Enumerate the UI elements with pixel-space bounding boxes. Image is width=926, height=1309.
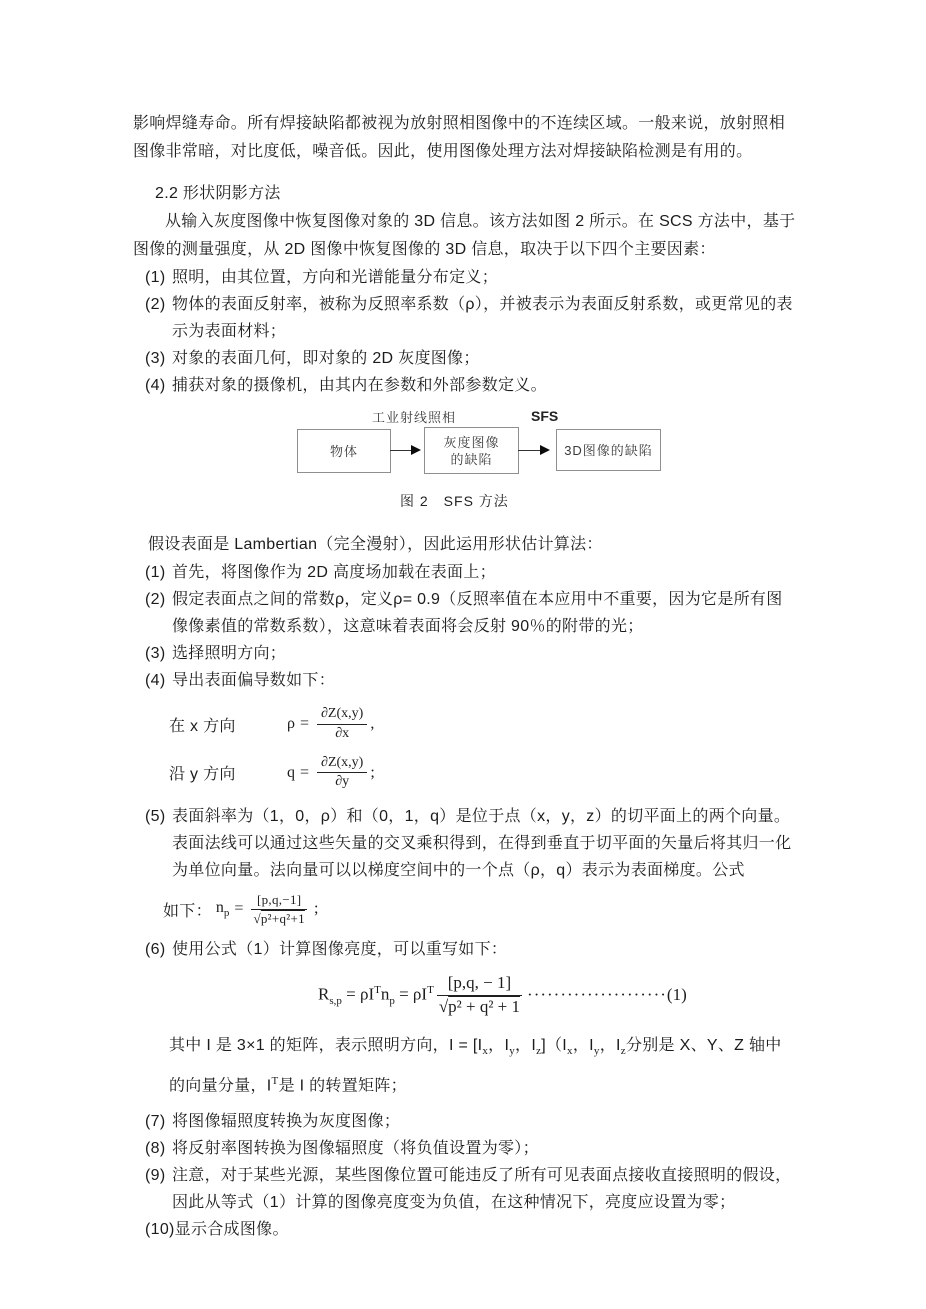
list-item-step-4: (4) 导出表面偏导数如下： [145,667,797,694]
formula-tail: ; [370,764,374,782]
fraction-denominator: √p² + q² + 1 [437,996,522,1017]
equation-lhs: Rs,p = ρITnp = ρIT [318,984,434,1007]
sfs-flow-diagram: 工业射线照相 SFS 物体 灰度图像 的缺陷 3D图像的缺陷 图 2 SFS 方… [133,407,797,511]
dotted-leader: ····················· [527,985,667,1005]
section-intro-paragraph: 从输入灰度图像中恢复图像对象的 3D 信息。该方法如图 2 所示。在 SCS 方… [133,208,797,264]
list-item-step-2: (2) 假定表面点之间的常数ρ，定义ρ= 0.9（反照率值在本应用中不重要，因为… [145,586,797,640]
list-text: 使用公式（1）计算图像亮度，可以重写如下： [172,936,797,963]
equation-number: (1) [667,985,687,1005]
diagram-box-3d-image: 3D图像的缺陷 [556,429,661,471]
section-heading: 2.2 形状阴影方法 [133,180,797,208]
list-item-step-8: (8) 将反射率图转换为图像辐照度（将负值设置为零）； [145,1135,797,1162]
equation-1: Rs,p = ρITnp = ρIT [p,q, − 1] √p² + q² +… [318,973,797,1017]
intro-paragraph: 影响焊缝寿命。所有焊接缺陷都被视为放射照相图像中的不连续区域。一般来说，放射照相… [133,110,797,166]
fraction: ∂Z(x,y) ∂y [317,755,367,792]
list-text: 首先，将图像作为 2D 高度场加载在表面上； [172,559,797,586]
formula-derivative-x: 在 x 方向 ρ = ∂Z(x,y) ∂x , [169,706,797,743]
algorithm-step-list-6: (6) 使用公式（1）计算图像亮度，可以重写如下： [133,936,797,963]
list-item-factor-2: (2) 物体的表面反射率，被称为反照率系数（ρ），并被表示为表面反射系数，或更常… [145,291,797,345]
list-number: (1) [145,559,172,586]
formula-label: 沿 y 方向 [169,761,287,784]
list-item-step-10: (10) 显示合成图像。 [145,1216,797,1243]
formula-lhs: q [287,764,295,782]
list-number: (2) [145,586,172,640]
list-number: (5) [145,803,172,884]
diagram-arrow1-label: 工业射线照相 [372,407,456,426]
equals-sign: = [234,900,243,918]
equals-sign: = [300,764,309,782]
fraction: ∂Z(x,y) ∂x [317,706,367,743]
formula-lhs: ρ [287,715,295,733]
list-number: (4) [145,667,172,694]
list-item-factor-1: (1) 照明，由其位置，方向和光谱能量分布定义； [145,264,797,291]
list-number: (10) [145,1216,175,1243]
formula-normal-vector: 如下： np = [p,q,−1] √p²+q²+1 ; [163,892,797,926]
list-text: 假定表面点之间的常数ρ，定义ρ= 0.9（反照率值在本应用中不重要，因为它是所有… [172,586,797,640]
list-item-step-6: (6) 使用公式（1）计算图像亮度，可以重写如下： [145,936,797,963]
list-item-factor-3: (3) 对象的表面几何，即对象的 2D 灰度图像； [145,345,797,372]
formula-tail: , [370,715,374,733]
fraction-numerator: ∂Z(x,y) [317,706,367,725]
list-text: 表面斜率为（1，0，ρ）和（0，1，q）是位于点（x，y，z）的切平面上的两个向… [172,803,797,884]
diagram-box-3d-label: 3D图像的缺陷 [564,442,653,459]
algorithm-step-list-7-10: (7) 将图像辐照度转换为灰度图像； (8) 将反射率图转换为图像辐照度（将负值… [133,1108,797,1243]
diagram-box-gray-line2: 的缺陷 [450,451,492,468]
list-text: 导出表面偏导数如下： [172,667,797,694]
fraction: [p,q,−1] √p²+q²+1 [251,892,307,926]
list-text: 捕获对象的摄像机，由其内在参数和外部参数定义。 [172,372,797,399]
list-item-step-5: (5) 表面斜率为（1，0，ρ）和（0，1，q）是位于点（x，y，z）的切平面上… [145,803,797,884]
document-content: 影响焊缝寿命。所有焊接缺陷都被视为放射照相图像中的不连续区域。一般来说，放射照相… [133,110,797,1243]
list-number: (3) [145,345,172,372]
list-number: (3) [145,640,172,667]
fraction-denominator: √p²+q²+1 [251,910,307,927]
list-number: (8) [145,1135,172,1162]
fraction-numerator: [p,q,−1] [251,892,307,910]
formula-prefix: 如下： [163,898,212,921]
algorithm-step-list-1-4: (1) 首先，将图像作为 2D 高度场加载在表面上； (2) 假定表面点之间的常… [133,559,797,694]
fraction-numerator: [p,q, − 1] [437,973,522,995]
list-number: (9) [145,1162,172,1216]
list-item-step-3: (3) 选择照明方向； [145,640,797,667]
list-item-step-9: (9) 注意，对于某些光源，某些图像位置可能违反了所有可见表面点接收直接照明的假… [145,1162,797,1216]
list-item-step-7: (7) 将图像辐照度转换为灰度图像； [145,1108,797,1135]
list-item-factor-4: (4) 捕获对象的摄像机，由其内在参数和外部参数定义。 [145,372,797,399]
formula-derivative-y: 沿 y 方向 q = ∂Z(x,y) ∂y ; [169,755,797,792]
list-number: (6) [145,936,172,963]
document-page: 影响焊缝寿命。所有焊接缺陷都被视为放射照相图像中的不连续区域。一般来说，放射照相… [0,0,926,1309]
diagram-box-object-label: 物体 [330,443,358,460]
figure-caption: 图 2 SFS 方法 [400,491,509,511]
list-number: (1) [145,264,172,291]
list-text: 物体的表面反射率，被称为反照率系数（ρ），并被表示为表面反射系数，或更常见的表示… [172,291,797,345]
diagram-box-gray-line1: 灰度图像 [443,434,499,451]
fraction-numerator: ∂Z(x,y) [317,755,367,774]
list-number: (7) [145,1108,172,1135]
diagram-box-object: 物体 [297,429,391,473]
diagram-box-gray-image: 灰度图像 的缺陷 [424,427,519,474]
list-text: 对象的表面几何，即对象的 2D 灰度图像； [172,345,797,372]
list-text: 注意，对于某些光源，某些图像位置可能违反了所有可见表面点接收直接照明的假设，因此… [172,1162,797,1216]
list-text: 照明，由其位置，方向和光谱能量分布定义； [172,264,797,291]
factor-list: (1) 照明，由其位置，方向和光谱能量分布定义； (2) 物体的表面反射率，被称… [133,264,797,399]
diagram-arrow-right-icon [390,450,412,451]
list-text: 将反射率图转换为图像辐照度（将负值设置为零）； [172,1135,797,1162]
algorithm-step-list-5: (5) 表面斜率为（1，0，ρ）和（0，1，q）是位于点（x，y，z）的切平面上… [133,803,797,884]
list-number: (4) [145,372,172,399]
list-number: (2) [145,291,172,345]
equation-note-paragraph: 其中 I 是 3×1 的矩阵，表示照明方向，I = [Ix，Iy，Iz]（Ix，… [169,1031,797,1102]
list-text: 将图像辐照度转换为灰度图像； [172,1108,797,1135]
algorithm-intro-paragraph: 假设表面是 Lambertian（完全漫射），因此运用形状估计算法： [133,531,797,559]
formula-tail: ; [314,900,318,918]
list-text: 显示合成图像。 [175,1216,797,1243]
list-text: 选择照明方向； [172,640,797,667]
formula-label: 在 x 方向 [169,713,287,736]
diagram-arrow2-label: SFS [531,408,558,424]
fraction-denominator: ∂y [317,773,367,791]
fraction-denominator: ∂x [317,725,367,743]
fraction: [p,q, − 1] √p² + q² + 1 [437,973,522,1017]
list-item-step-1: (1) 首先，将图像作为 2D 高度场加载在表面上； [145,559,797,586]
equals-sign: = [300,715,309,733]
formula-lhs: np [216,899,230,919]
diagram-arrow-right-icon [518,450,541,451]
